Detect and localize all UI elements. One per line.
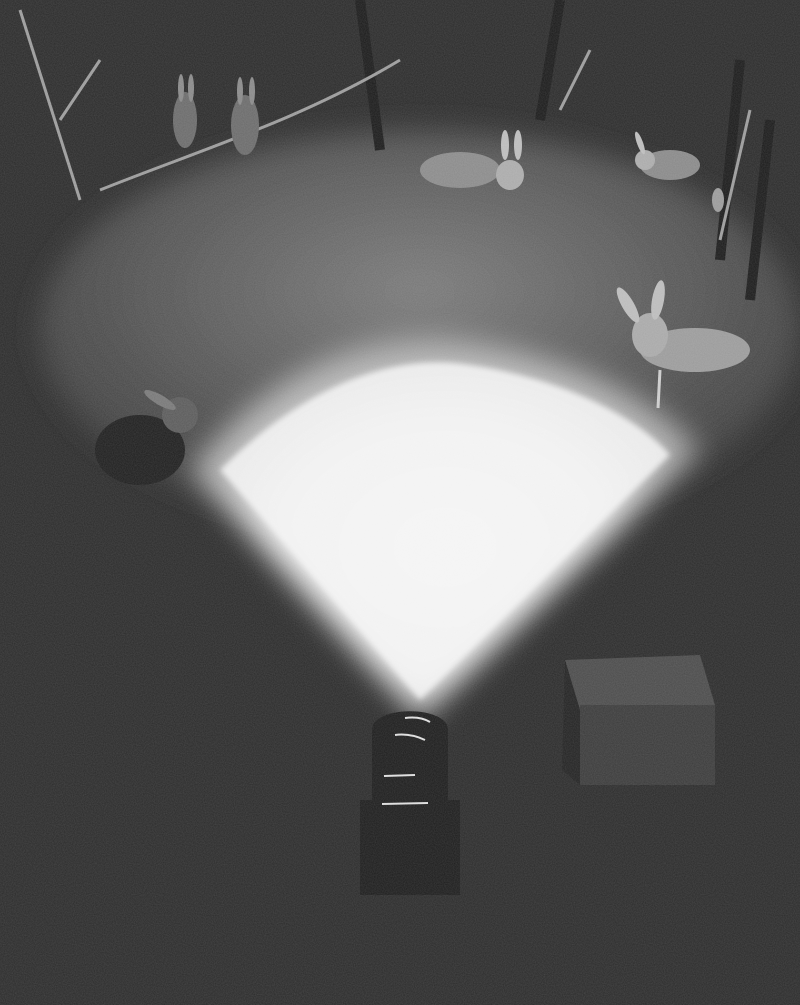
film-grain	[0, 0, 800, 1005]
night-lantern-illustration	[0, 0, 800, 1005]
illustration-canvas	[0, 0, 800, 1005]
